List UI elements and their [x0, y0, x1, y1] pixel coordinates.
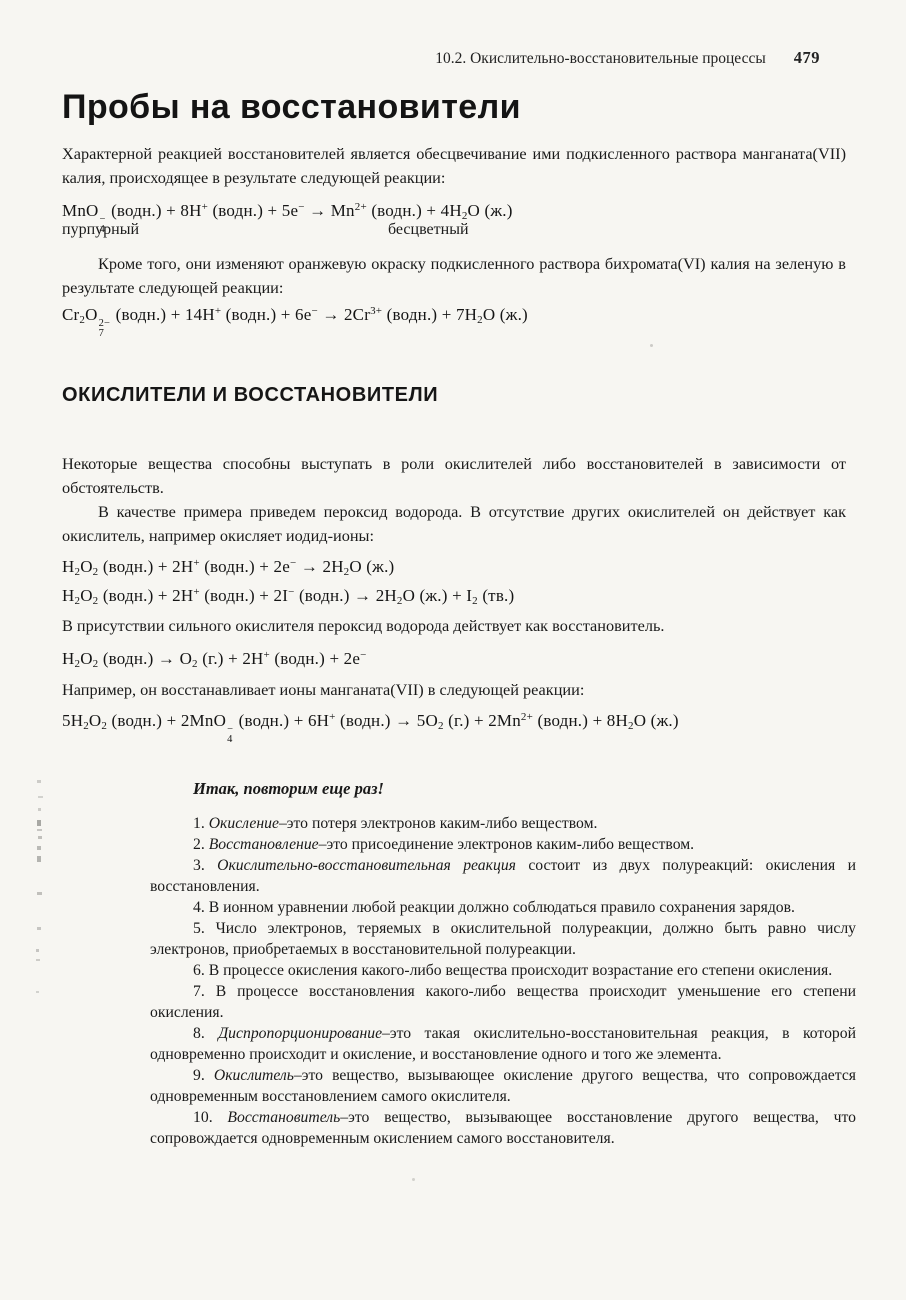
list-item: 10. Восстановитель–это вещество, вызываю…	[150, 1107, 856, 1149]
list-item: 2. Восстановление–это присоединение элек…	[150, 834, 856, 855]
list-item: 4. В ионном уравнении любой реакции долж…	[150, 897, 856, 918]
list-item-term: Восстановление	[209, 836, 319, 853]
list-item-number: 6.	[193, 962, 209, 979]
scan-artifact	[37, 820, 41, 826]
paragraph-manganate-reduction: Например, он восстанавливает ионы манган…	[62, 678, 846, 702]
scan-artifact	[37, 846, 41, 850]
list-item: 8. Диспропорционирование–это такая окисл…	[150, 1023, 856, 1065]
list-item: 1. Окисление–это потеря электронов каким…	[150, 813, 856, 834]
paragraph-peroxide-reducer: В присутствии сильного окислителя перокс…	[62, 614, 846, 638]
paragraph-dual-role: Некоторые вещества способны выступать в …	[62, 452, 846, 499]
equation-label-purple: пурпурный	[62, 221, 139, 239]
list-item-term: Восстановитель	[227, 1109, 340, 1126]
list-item-term: Окисление	[209, 815, 279, 832]
paragraph-reducers-intro: Характерной реакцией восстановителей явл…	[62, 142, 846, 189]
page-header: 10.2. Окислительно-восстановительные про…	[435, 48, 820, 68]
list-item-text: В процессе восстановления какого-либо ве…	[150, 983, 856, 1021]
scan-artifact	[38, 836, 42, 839]
list-item-number: 1.	[193, 815, 209, 832]
scan-artifact	[36, 959, 40, 961]
equation-peroxide-iodide: H2O2 (водн.) + 2H+ (водн.) + 2I− (водн.)…	[62, 579, 514, 614]
list-item-term: Окислительно-восстановительная реакция	[217, 857, 516, 874]
list-item-term: Диспропорционирование	[218, 1025, 382, 1042]
scan-artifact	[650, 344, 653, 347]
list-item-number: 3.	[193, 857, 217, 874]
list-item: 6. В процессе окисления какого-либо веще…	[150, 960, 856, 981]
list-item-text: В процессе окисления какого-либо веществ…	[209, 962, 832, 979]
list-item: 7. В процессе восстановления какого-либо…	[150, 981, 856, 1023]
scan-artifact	[37, 856, 41, 862]
paragraph-peroxide-example: В качестве примера приведем пероксид вод…	[62, 500, 846, 547]
scan-artifact	[38, 796, 43, 798]
list-item: 5. Число электронов, теряемых в окислите…	[150, 918, 856, 960]
list-item-number: 7.	[193, 983, 216, 1000]
list-item-number: 2.	[193, 836, 209, 853]
list-item-number: 8.	[193, 1025, 218, 1042]
list-item-term: Окислитель	[214, 1067, 294, 1084]
list-item-text: –это потеря электронов каким-либо вещест…	[279, 815, 598, 832]
summary-list: 1. Окисление–это потеря электронов каким…	[150, 813, 856, 1149]
list-item-number: 5.	[193, 920, 216, 937]
scan-artifact	[412, 1178, 415, 1181]
section-heading: ОКИСЛИТЕЛИ И ВОССТАНОВИТЕЛИ	[62, 384, 438, 407]
scan-artifact	[37, 892, 42, 895]
equation-peroxide-oxygen: H2O2 (водн.) → O2 (г.) + 2H+ (водн.) + 2…	[62, 642, 367, 677]
list-item: 3. Окислительно-восстановительная реакци…	[150, 855, 856, 897]
list-item-text: –это присоединение электронов каким-либо…	[319, 836, 694, 853]
equation-label-colorless: бесцветный	[388, 221, 469, 239]
paragraph-dichromate: Кроме того, они изменяют оранжевую окрас…	[62, 252, 846, 299]
list-item-number: 9.	[193, 1067, 214, 1084]
list-item: 9. Окислитель–это вещество, вызывающее о…	[150, 1065, 856, 1107]
list-item-number: 4.	[193, 899, 209, 916]
list-item-text: Число электронов, теряемых в окислительн…	[150, 920, 856, 958]
chapter-title: Пробы на восстановители	[62, 86, 521, 128]
equation-dichromate: Cr2O2−7 (водн.) + 14H+ (водн.) + 6e− → 2…	[62, 298, 528, 338]
book-page: 10.2. Окислительно-восстановительные про…	[0, 0, 906, 1300]
summary-intro: Итак, повторим еще раз!	[193, 779, 384, 799]
scan-artifact	[37, 829, 42, 831]
scan-artifact	[36, 949, 39, 952]
scan-artifact	[38, 808, 41, 811]
page-number: 479	[794, 48, 820, 68]
running-head: 10.2. Окислительно-восстановительные про…	[435, 50, 766, 68]
list-item-number: 10.	[193, 1109, 227, 1126]
list-item-text: В ионном уравнении любой реакции должно …	[209, 899, 795, 916]
scan-artifact	[37, 780, 41, 783]
equation-peroxide-permanganate: 5H2O2 (водн.) + 2MnO−4 (водн.) + 6H+ (во…	[62, 704, 679, 744]
scan-artifact	[37, 927, 41, 930]
scan-artifact	[36, 991, 39, 993]
